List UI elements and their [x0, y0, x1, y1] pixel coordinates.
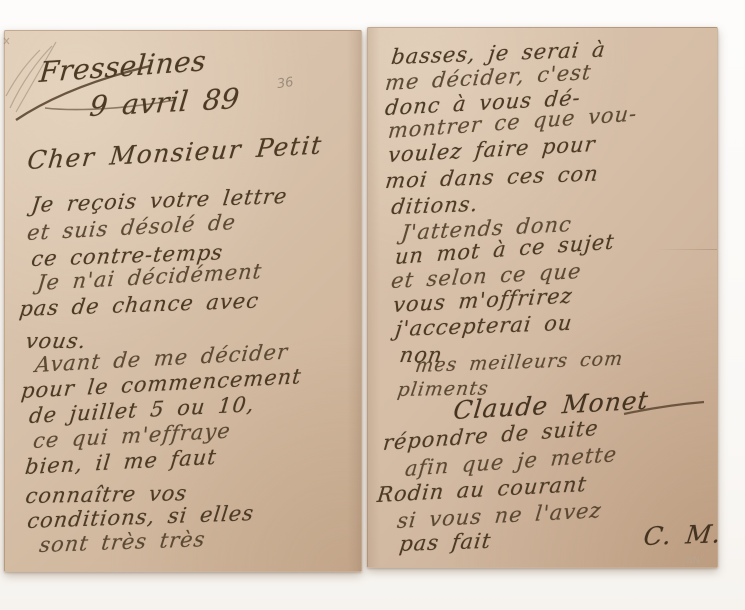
handwriting-line: ditions.: [390, 192, 480, 219]
postscript-line: pas fait: [398, 529, 493, 556]
pencil-page-number: 36: [276, 75, 294, 92]
paper-crease: [655, 249, 717, 250]
fold-shadow: [347, 31, 361, 571]
initials: C. M.: [642, 519, 723, 551]
letter-photograph: Fresselines 9 avril 89 36 Cher Monsieur …: [0, 0, 745, 610]
handwriting-line: vous.: [24, 329, 88, 353]
collection-stamp: BN: [686, 556, 701, 566]
